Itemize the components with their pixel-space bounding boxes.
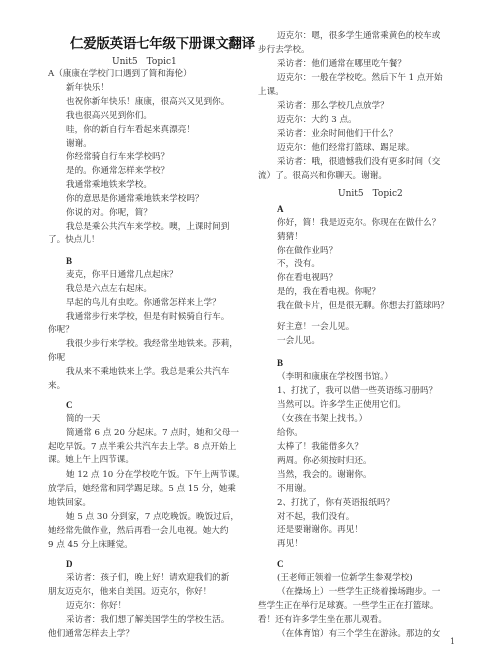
text-line: 你在看电视吗？	[277, 272, 337, 284]
text-line: 我从来不乘地铁来上学。我总是乘公共汽车	[66, 366, 229, 378]
text-line: 了。快点儿！	[48, 234, 100, 246]
text-line: 还是要谢谢你。再见！	[277, 524, 363, 536]
text-line: 步行去学校。	[258, 44, 310, 56]
text-line: 太棒了！我能借多久？	[277, 441, 363, 453]
text-line: 地铁回家。	[48, 497, 91, 509]
text-line: 她 12 点 10 分在学校吃午饭。下午上两节课。	[66, 469, 245, 481]
text-line: 不，没有。	[277, 258, 320, 270]
text-line: 课。她上午上四节课。	[48, 454, 134, 466]
text-line: 好主意！一会儿见。	[277, 321, 354, 333]
text-line: 简的一天	[66, 413, 100, 425]
text-line: 起吃早饭。7 点半乘公共汽车去上学。8 点开始上	[48, 441, 236, 453]
text-line: （女孩在书架上找书。）	[277, 413, 367, 425]
text-line: 采访者：业余时间他们干什么？	[277, 128, 397, 140]
text-line: 我总是乘公共汽车来学校。噢，上课时间到	[66, 221, 229, 233]
text-line: 采访者：我们想了解美国学生的学校生活。	[66, 614, 229, 626]
text-line: 麦克，你平日通常几点起床？	[66, 269, 178, 281]
text-line: 你说的对。你呢，简？	[66, 207, 152, 219]
text-line: 再见！	[277, 538, 303, 550]
text-line: 迈克尔：你好！	[66, 600, 126, 612]
text-line: 我也很高兴见到你们。	[66, 110, 152, 122]
text-line: 她经常先做作业，然后再看一会儿电视。她大约	[48, 525, 228, 537]
text-line: 两周。你必须按时归还。	[277, 455, 372, 467]
document-page: 仁爱版英语七年级下册课文翻译 Unit5 Topic1 Unit5 Topic2…	[0, 0, 500, 667]
text-line: 你好，简！我是迈克尔。你现在在做什么？	[277, 217, 440, 229]
text-line: 你经常骑自行车来学校吗？	[66, 151, 169, 163]
text-line: 迈克尔：一般在学校吃。然后下午 1 点开始	[277, 72, 443, 84]
text-line: 简通常 6 点 20 分起床。7 点时，她和父母一	[66, 427, 239, 439]
section-label: C	[66, 399, 73, 411]
unit-heading-topic1: Unit5 Topic1	[112, 54, 177, 67]
section-label: B	[66, 255, 72, 267]
document-title: 仁爱版英语七年级下册课文翻译	[70, 32, 240, 52]
text-line: 我通常乘地铁来学校。	[66, 179, 152, 191]
text-line: 你的意思是你通常乘地铁来学校吗？	[66, 193, 204, 205]
section-label: C	[277, 558, 284, 570]
text-line: 流）了。很高兴和你聊天。谢谢。	[258, 170, 387, 182]
text-line: 采访者：孩子们，晚上好！请欢迎我们的新	[66, 572, 229, 584]
text-line: 不用谢。	[277, 483, 311, 495]
text-line: 我在做卡片，但是很无聊。你想去打篮球吗？	[277, 300, 449, 312]
text-line: 上课。	[258, 86, 284, 98]
text-line: 一会儿见。	[277, 335, 320, 347]
text-line: 我很少步行来学校。我经常坐地铁来。莎莉，	[66, 338, 238, 350]
section-label: B	[277, 357, 283, 369]
unit-heading-topic2: Unit5 Topic2	[338, 186, 403, 199]
text-line: 2、打扰了，你有英语报纸吗？	[277, 497, 394, 509]
text-line: 些学生正在举行足球赛。一些学生正在打篮球。	[258, 600, 438, 612]
text-line: （李明和康康在学校图书馆。）	[277, 371, 393, 383]
text-line: 来。	[48, 380, 65, 392]
text-line: 是的，我在看电视。你呢？	[277, 286, 380, 298]
text-line: 采访者：那么学校几点放学？	[277, 100, 389, 112]
text-line: (王老师正领着一位新学生参观学校)	[277, 572, 413, 584]
text-line: （在体育馆）有三个学生在游泳。那边的女	[277, 628, 440, 640]
text-line: 猜猜！	[277, 231, 303, 243]
text-line: 放学后，她经常和同学踢足球。5 点 15 分，她乘	[48, 483, 236, 495]
text-line: 新年快乐！	[66, 82, 109, 94]
text-line: 采访者：哦，很遗憾我们没有更多时间（交	[277, 156, 440, 168]
text-line: 迈克尔：嗯，很多学生通常乘黄色的校车或	[277, 30, 440, 42]
text-line: 你呢？	[48, 324, 74, 336]
text-line: 我通常步行来学校，但是有时候骑自行车。	[66, 311, 229, 323]
text-line: 她 5 点 30 分到家，7 点吃晚饭。晚饭过后，	[66, 511, 239, 523]
text-line: 我总是六点左右起床。	[66, 283, 152, 295]
text-line: 当然可以。许多学生正使用它们。	[277, 399, 406, 411]
text-line: A（康康在学校门口遇到了简和海伦）	[48, 68, 192, 80]
text-line: 是的。你通常怎样来学校？	[66, 165, 169, 177]
text-line: 对不起，我们没有。	[277, 511, 354, 523]
text-line: 迈克尔：他们经常打篮球、踢足球。	[277, 142, 415, 154]
text-line: 当然，我会的。谢谢你。	[277, 469, 372, 481]
text-line: 你在做作业吗？	[277, 245, 337, 257]
page-number: 1	[450, 637, 455, 646]
text-line: 谢谢。	[66, 138, 92, 150]
text-line: 早起的鸟儿有虫吃。你通常怎样来上学？	[66, 297, 221, 309]
text-line: （在操场上）一些学生正绕着操场跑步。一	[277, 586, 440, 598]
text-line: 朋友迈克尔，他来自美国。迈克尔，你好！	[48, 586, 211, 598]
section-label: D	[66, 558, 73, 570]
text-line: 采访者：他们通常在哪里吃午餐？	[277, 58, 406, 70]
text-line: 他们通常怎样去上学？	[48, 628, 134, 640]
text-line: 迈克尔：大约 3 点。	[277, 114, 357, 126]
text-line: 也祝你新年快乐！康康，很高兴又见到你。	[66, 96, 229, 108]
text-line: 看！还有许多学生坐在那儿观看。	[258, 614, 387, 626]
text-line: 哇，你的新自行车看起来真漂亮！	[66, 124, 195, 136]
text-line: 给你。	[277, 427, 303, 439]
text-line: 你呢	[48, 352, 65, 364]
text-line: 1、打扰了，我可以借一些英语练习册吗？	[277, 385, 437, 397]
text-line: 9 点 45 分上床睡觉。	[48, 539, 133, 551]
section-label: A	[277, 203, 284, 215]
